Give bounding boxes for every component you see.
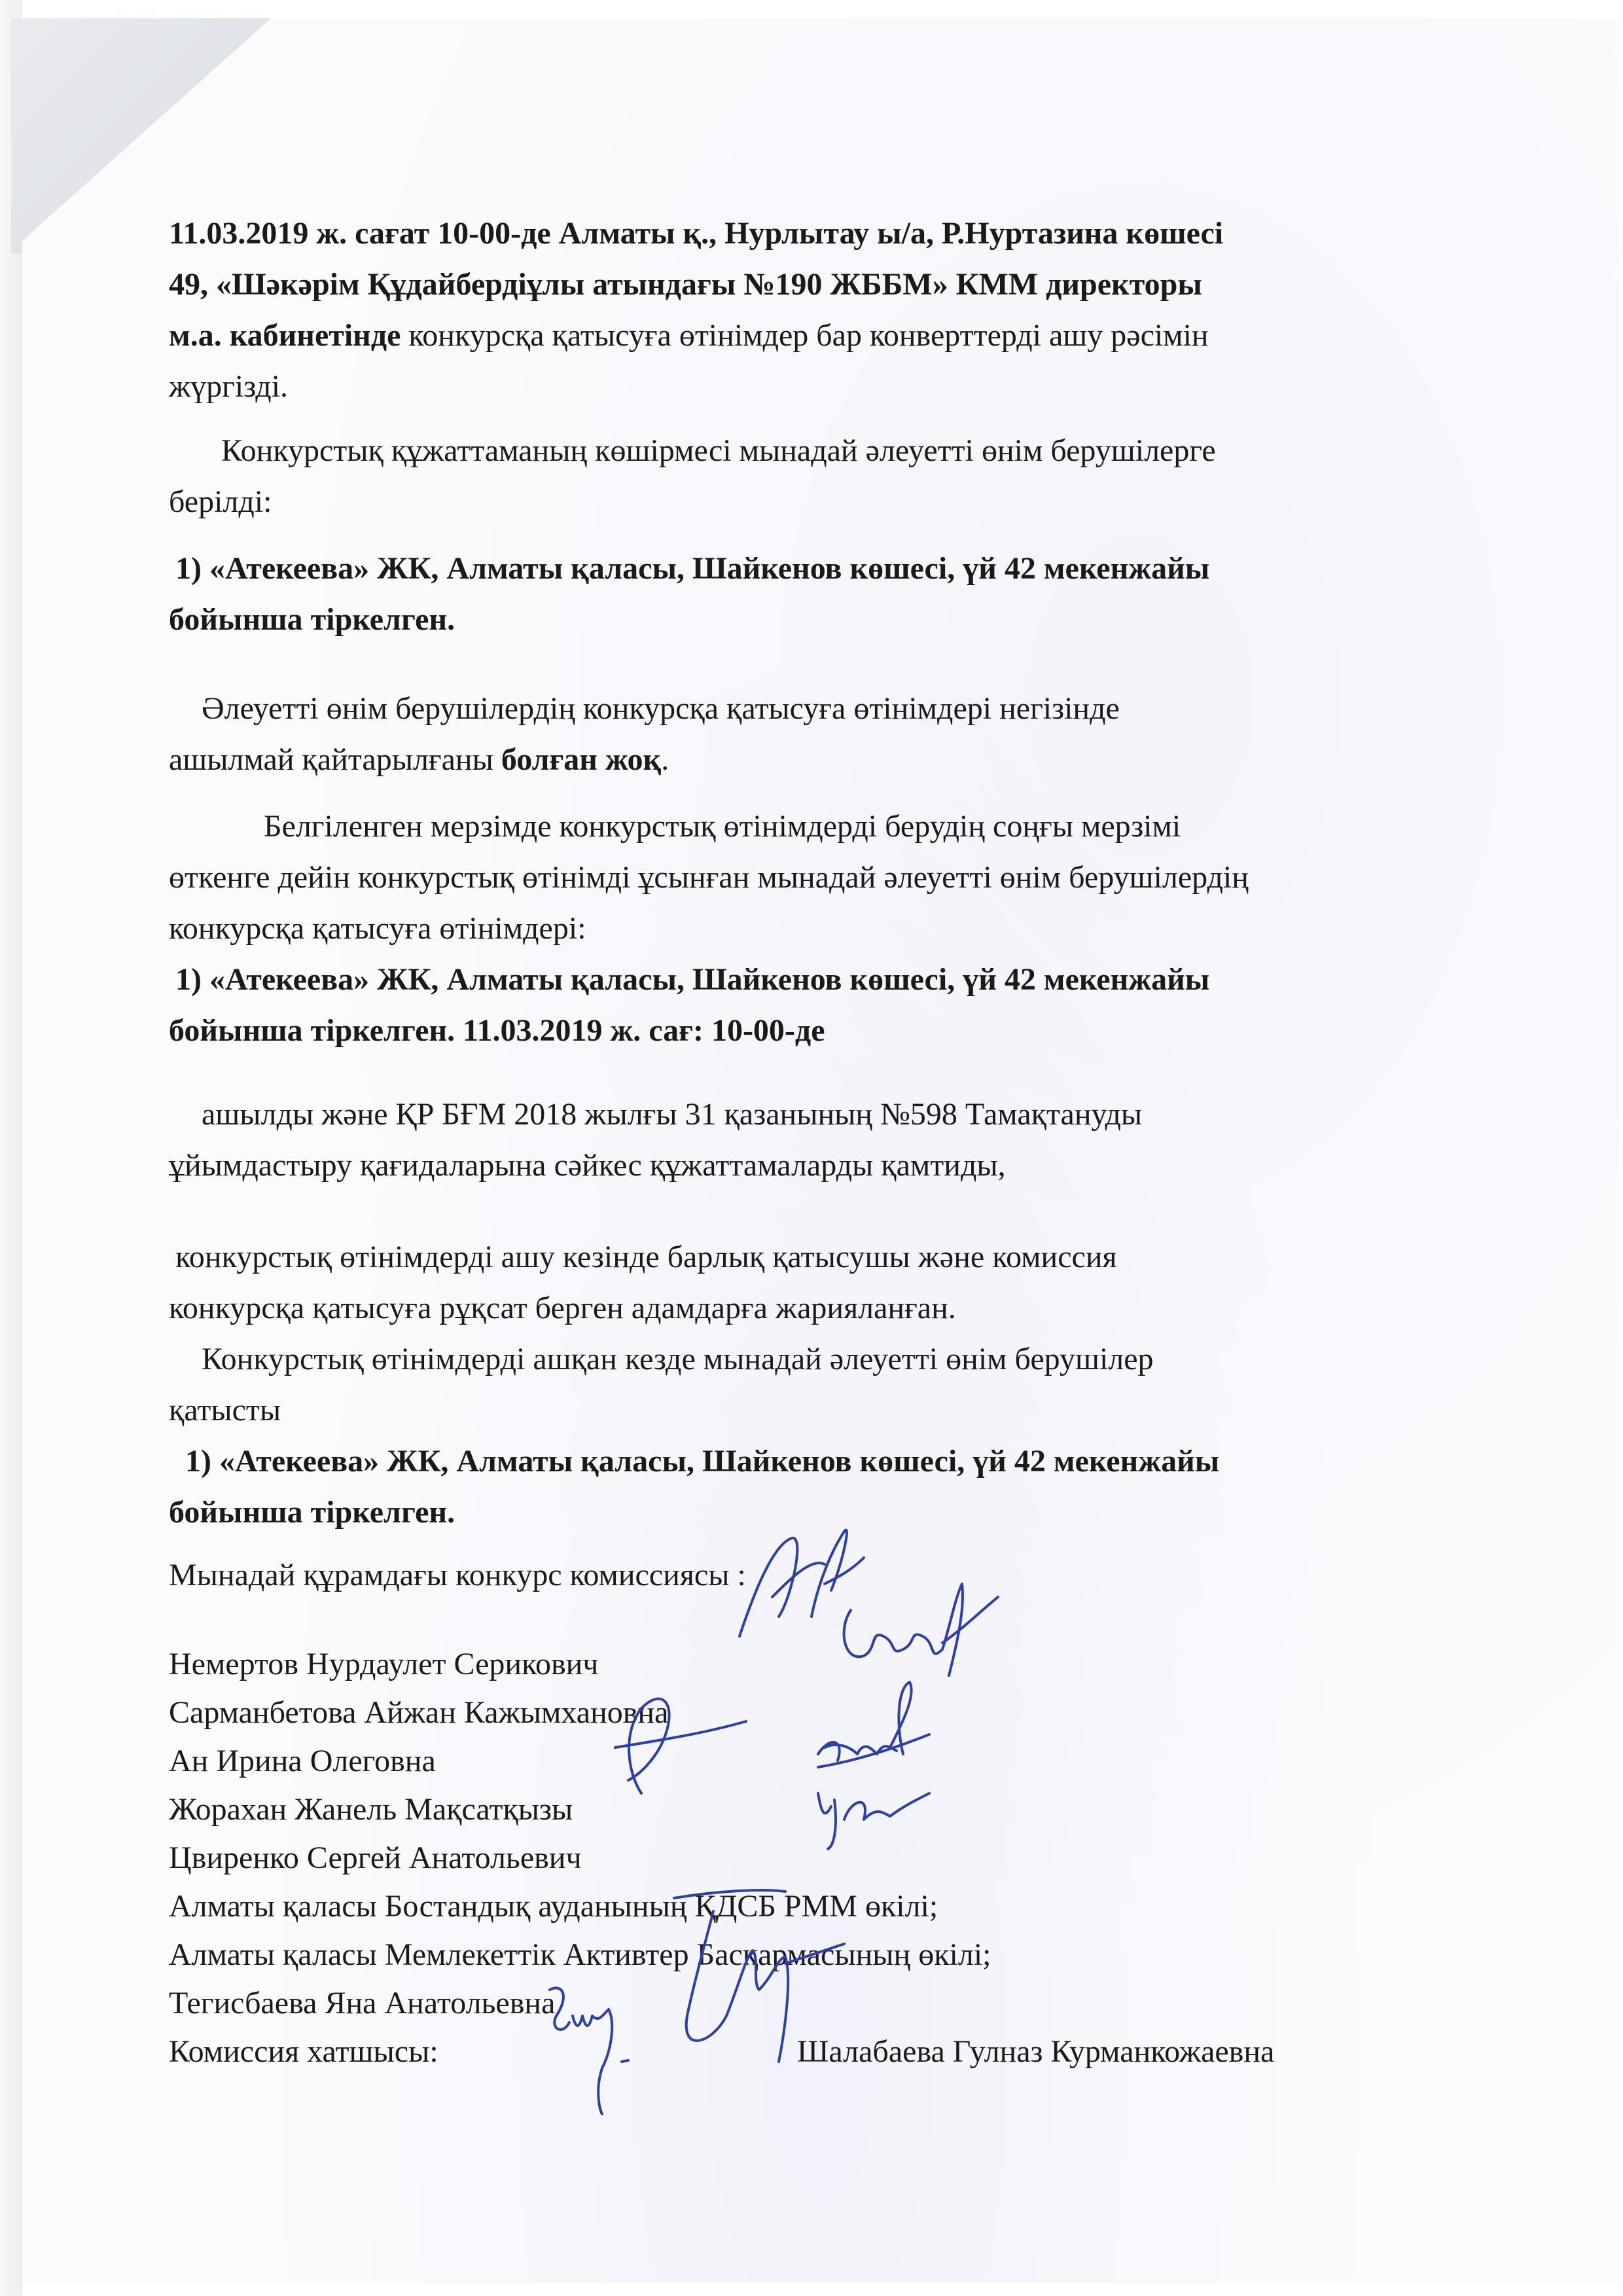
opening-line-3-regular: конкурсқа қатысуға өтінімдер бар конверт… bbox=[401, 318, 1208, 353]
commission-member: Тегисбаева Яна Анатольевна bbox=[169, 1979, 1478, 2028]
submitted-applications-paragraph: Белгіленген мерзімде конкурстық өтінімде… bbox=[169, 801, 1478, 1056]
commission-member: Немертов Нурдаулет Серикович bbox=[169, 1640, 1478, 1689]
submitted-line-2: өткенге дейін конкурстық өтінімді ұсынға… bbox=[169, 852, 1478, 903]
secretary-line: Комиссия хатшысы: Шалабаева Гулназ Курма… bbox=[169, 2028, 1478, 2076]
copy-line-1: Конкурстық құжаттаманың көшірмесі мынада… bbox=[169, 425, 1478, 476]
secretary-name: Шалабаева Гулназ Курманкожаевна bbox=[797, 2028, 1274, 2076]
returned-line-2-regular: ашылмай қайтарылғаны bbox=[169, 742, 501, 777]
commission-member: Жорахан Жанель Мақсатқызы bbox=[169, 1785, 1478, 1834]
commission-member: Алматы қаласы Бостандық ауданының ҚДСБ Р… bbox=[169, 1882, 1478, 1931]
opened-line-2: ұйымдастыру қағидаларына сәйкес құжаттам… bbox=[169, 1140, 1478, 1191]
returned-line-2: ашылмай қайтарылғаны болған жоқ. bbox=[169, 734, 1478, 785]
scanner-bed-left bbox=[0, 0, 22, 2296]
participants-line-1: Конкурстық өтінімдерді ашқан кезде мынад… bbox=[169, 1334, 1478, 1385]
returned-applications-paragraph: Әлеуетті өнім берушілердің конкурсқа қат… bbox=[169, 683, 1478, 785]
returned-line-2-bold: болған жоқ bbox=[501, 742, 661, 777]
commission-member: Цвиренко Сергей Анатольевич bbox=[169, 1834, 1478, 1882]
announced-line-2: конкурсқа қатысуға рұқсат берген адамдар… bbox=[169, 1283, 1478, 1334]
opening-line-3: м.а. кабинетінде конкурсқа қатысуға өтін… bbox=[169, 310, 1478, 361]
submitted-line-3: конкурсқа қатысуға өтінімдері: bbox=[169, 903, 1478, 954]
secretary-label: Комиссия хатшысы: bbox=[169, 2034, 438, 2069]
announced-line-1: конкурстық өтінімдерді ашу кезінде барлы… bbox=[169, 1232, 1478, 1283]
copy-supplier-item-line-1: 1) «Атекеева» ЖК, Алматы қаласы, Шайкено… bbox=[169, 543, 1478, 594]
returned-line-2-end: . bbox=[661, 742, 669, 777]
copy-supplier-item-line-2: бойынша тіркелген. bbox=[169, 594, 1478, 645]
commission-member: Сарманбетова Айжан Кажымхановна bbox=[169, 1689, 1478, 1737]
copy-line-2: берілді: bbox=[169, 476, 1478, 528]
commission-member: Ан Ирина Олеговна bbox=[169, 1737, 1478, 1785]
opening-line-4: жүргізді. bbox=[169, 361, 1478, 412]
commission-member: Алматы қаласы Мемлекеттік Активтер Басқа… bbox=[169, 1931, 1478, 1979]
commission-heading: Мынадай құрамдағы конкурс комиссиясы : bbox=[169, 1551, 1478, 1600]
announced-paragraph: конкурстық өтінімдерді ашу кезінде барлы… bbox=[169, 1232, 1478, 1334]
returned-line-1: Әлеуетті өнім берушілердің конкурсқа қат… bbox=[169, 683, 1478, 734]
submitted-supplier-item-line-1: 1) «Атекеева» ЖК, Алматы қаласы, Шайкено… bbox=[169, 954, 1478, 1005]
submitted-supplier-item-line-2: бойынша тіркелген. 11.03.2019 ж. сағ: 10… bbox=[169, 1005, 1478, 1056]
document-body: 11.03.2019 ж. сағат 10-00-де Алматы қ., … bbox=[169, 208, 1478, 2076]
documentation-copy-paragraph: Конкурстық құжаттаманың көшірмесі мынада… bbox=[169, 425, 1478, 645]
opening-line-1: 11.03.2019 ж. сағат 10-00-де Алматы қ., … bbox=[169, 208, 1478, 259]
opened-line-1: ашылды және ҚР БҒМ 2018 жылғы 31 қазанын… bbox=[169, 1089, 1478, 1140]
submitted-line-1: Белгіленген мерзімде конкурстық өтінімде… bbox=[169, 801, 1478, 852]
opening-line-2: 49, «Шәкәрім Құдайбердіұлы атындағы №190… bbox=[169, 259, 1478, 310]
opening-line-3-bold: м.а. кабинетінде bbox=[169, 318, 401, 353]
scanned-document: 11.03.2019 ж. сағат 10-00-де Алматы қ., … bbox=[0, 0, 1623, 2296]
opened-compliance-paragraph: ашылды және ҚР БҒМ 2018 жылғы 31 қазанын… bbox=[169, 1089, 1478, 1191]
opening-paragraph: 11.03.2019 ж. сағат 10-00-де Алматы қ., … bbox=[169, 208, 1478, 412]
participants-paragraph: Конкурстық өтінімдерді ашқан кезде мынад… bbox=[169, 1334, 1478, 1538]
participant-supplier-item-line-1: 1) «Атекеева» ЖК, Алматы қаласы, Шайкено… bbox=[169, 1436, 1478, 1487]
participant-supplier-item-line-2: бойынша тіркелген. bbox=[169, 1487, 1478, 1538]
scanner-bed-top bbox=[0, 0, 1623, 18]
participants-line-2: қатысты bbox=[169, 1385, 1478, 1436]
commission-section: Мынадай құрамдағы конкурс комиссиясы : Н… bbox=[169, 1551, 1478, 2076]
